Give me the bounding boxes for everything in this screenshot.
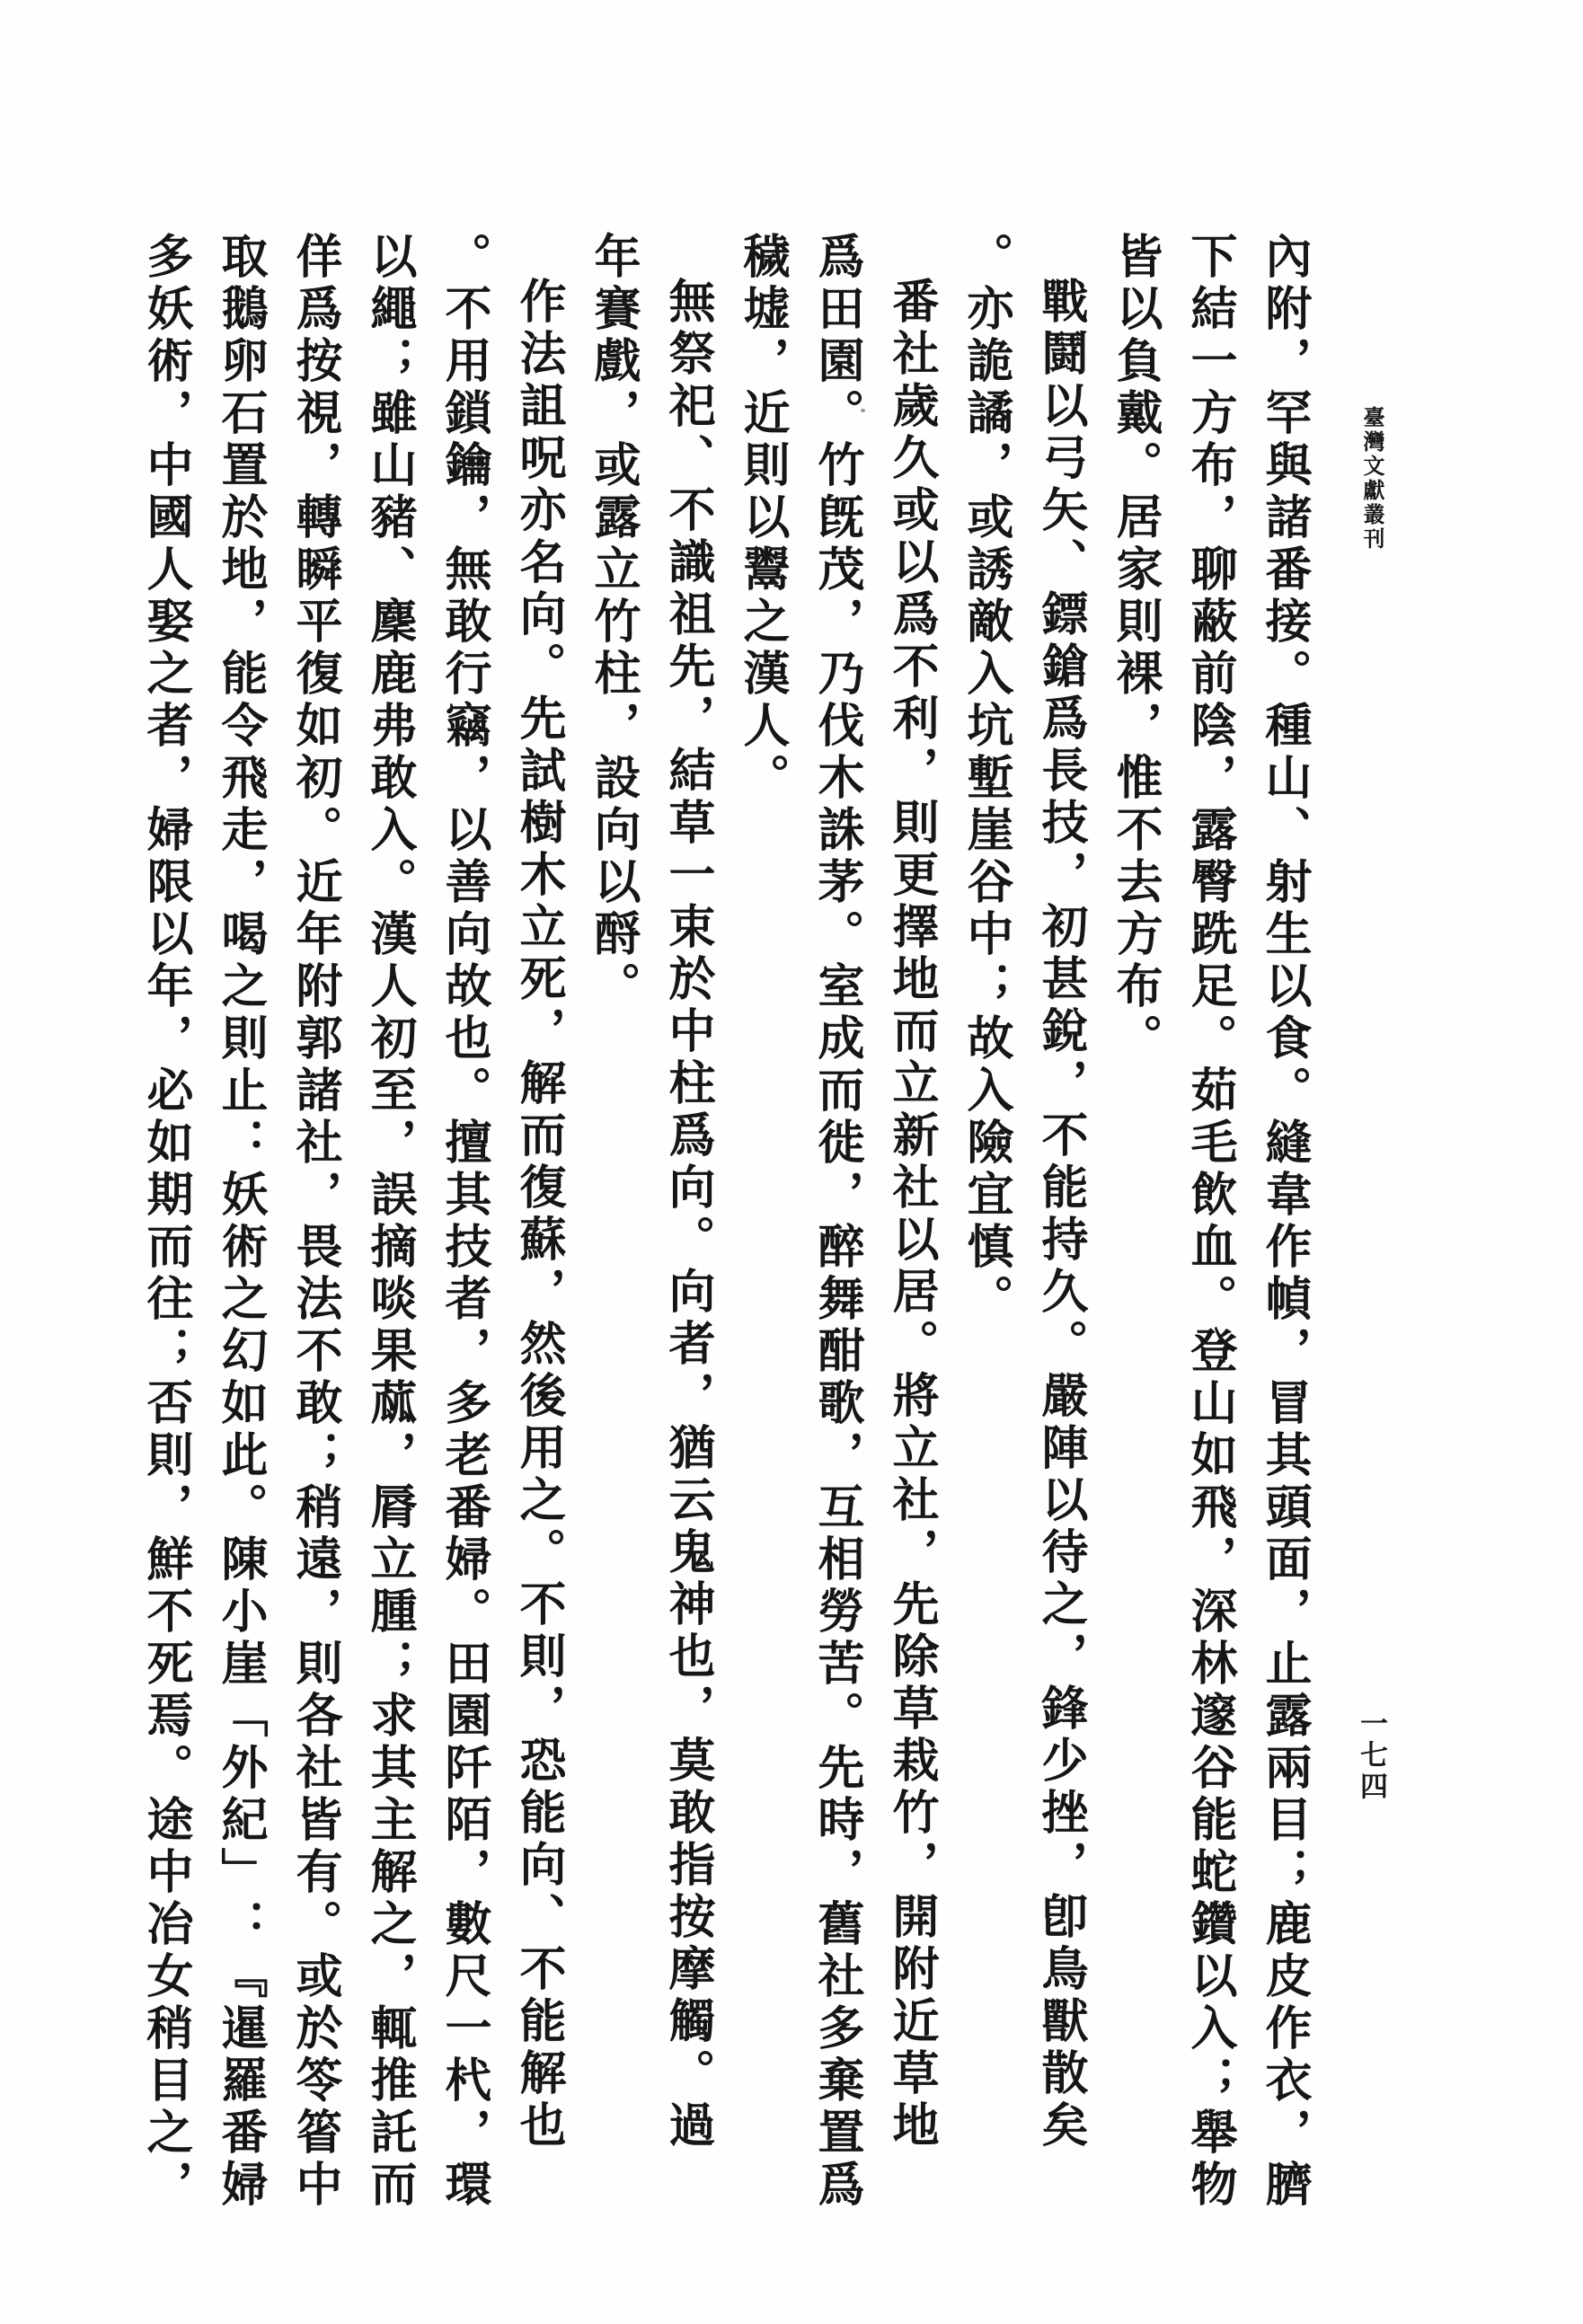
text-column: 。亦詭譎，或誘敵入坑塹崖谷中；故入險宜慎。 [948,232,1022,2231]
scanned-book-page: 臺灣文獻叢刊 一七四 內附，罕與諸番接。種山、射生以食。縫韋作幀，冒其頭面，止露… [0,0,1583,2324]
text-column: 多妖術，中國人娶之者，婦限以年，必如期而往；否則，鮮不死焉。途中冶女稍目之， [128,232,202,2231]
text-column: 。不用鎖鑰，無敢行竊，以善向故也。擅其技者，多老番婦。田園阡陌，數尺一杙，環 [426,232,500,2231]
text-column: 無祭祀、不識祖先，結草一束於中柱爲向。向者，猶云鬼神也，莫敢指按摩觸。過 [650,232,724,2231]
text-column: 作法詛呪亦名向。先試樹木立死，解而復蘇，然後用之。不則，恐能向、不能解也 [500,232,575,2231]
text-column: 番社歲久或以爲不利，則更擇地而立新社以居。將立社，先除草栽竹，開附近草地 [873,232,948,2231]
text-column: 佯爲按視，轉瞬平復如初。近年附郭諸社，畏法不敢；稍遠，則各社皆有。或於笭箵中 [277,232,351,2231]
text-column: 戰鬪以弓矢、鏢鎗爲長技，初甚銳，不能持久。嚴陣以待之，鋒少挫，卽鳥獸散矣 [1022,232,1097,2231]
text-column: 皆以負戴。居家則裸，惟不去方布。 [1097,232,1172,2231]
text-column: 穢墟，近則以鬻之漢人。 [724,232,799,2231]
scan-speck [485,948,491,952]
scan-speck [861,409,865,412]
text-column: 以繩；雖山豬、麇鹿弗敢入。漢人初至，誤摘啖果蓏，脣立腫；求其主解之，輒推託而 [351,232,426,2231]
page-number: 一七四 [1351,1709,1391,1803]
body-text: 內附，罕與諸番接。種山、射生以食。縫韋作幀，冒其頭面，止露兩目；鹿皮作衣，臍 下… [128,232,1321,2231]
text-column: 爲田園。竹旣茂，乃伐木誅茅。室成而徙，醉舞酣歌，互相勞苦。先時，舊社多棄置爲 [799,232,873,2231]
text-column: 內附，罕與諸番接。種山、射生以食。縫韋作幀，冒其頭面，止露兩目；鹿皮作衣，臍 [1246,232,1321,2231]
text-column: 下結一方布，聊蔽前陰，露臀跣足。茹毛飲血。登山如飛，深林邃谷能蛇鑽以入；舉物 [1172,232,1246,2231]
text-column: 年賽戲，或露立竹柱，設向以酹。 [575,232,650,2231]
text-column: 取鵝卵石置於地，能令飛走，喝之則止：妖術之幻如此。陳小崖「外紀」：『暹羅番婦 [202,232,277,2231]
series-title: 臺灣文獻叢刊 [1349,406,1394,552]
scan-speck [1128,360,1136,364]
